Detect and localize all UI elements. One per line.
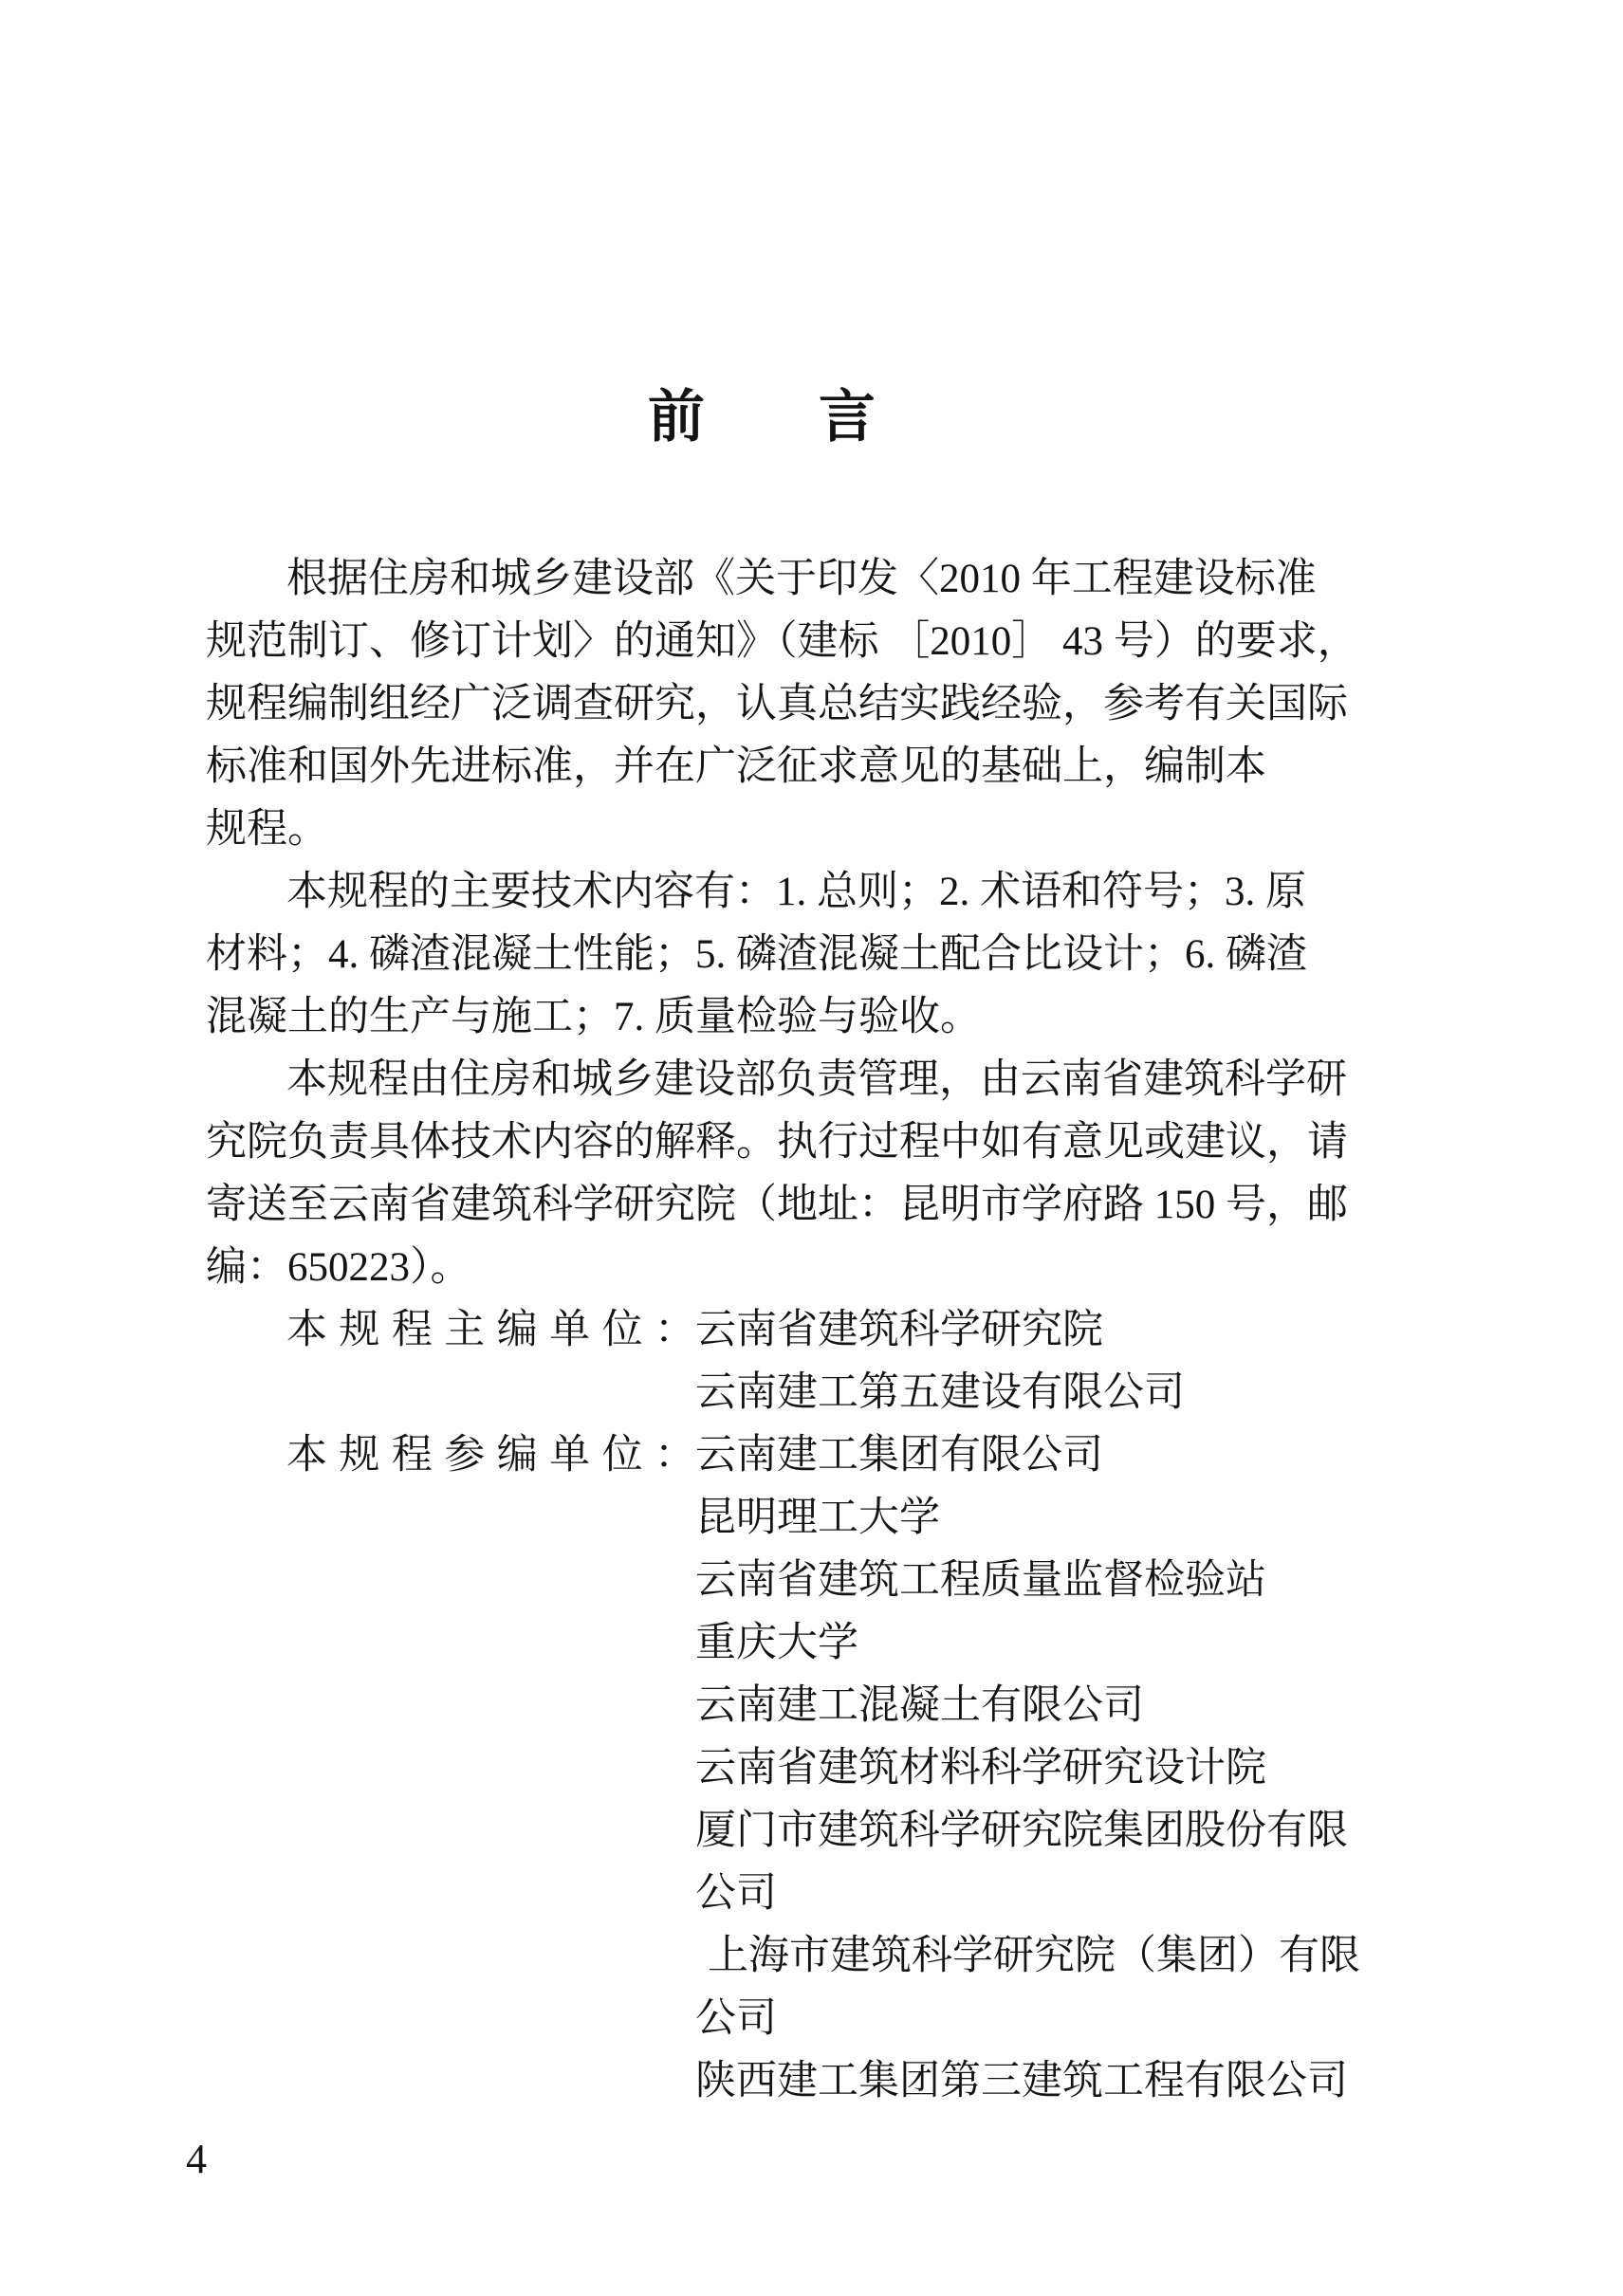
body-line: 云南省建筑工程质量监督检验站 (206, 1550, 1420, 1612)
body-line: 根据住房和城乡建设部《关于印发〈2010 年工程建设标准 (206, 548, 1420, 611)
body-lines: 根据住房和城乡建设部《关于印发〈2010 年工程建设标准规范制订、修订计划〉的通… (206, 548, 1420, 2113)
body-line: 陕西建工集团第三建筑工程有限公司 (206, 2050, 1420, 2113)
unit-label: 本规程参编单位： (286, 1424, 695, 1487)
org-name: 云南省建筑科学研究院 (695, 1308, 1103, 1352)
body-line: 混凝土的生产与施工；7. 质量检验与验收。 (206, 986, 1420, 1049)
document-page: 前 言 根据住房和城乡建设部《关于印发〈2010 年工程建设标准规范制订、修订计… (0, 0, 1623, 2296)
body-line: 规程。 (206, 799, 1420, 861)
body-line: 重庆大学 (206, 1612, 1420, 1675)
page-number: 4 (186, 2133, 207, 2186)
unit-label: 本规程主编单位： (286, 1299, 695, 1362)
body-line: 规程编制组经广泛调查研究，认真总结实践经验，参考有关国际 (206, 673, 1420, 736)
body-line: 上海市建筑科学研究院（集团）有限 (206, 1925, 1420, 1988)
body-line: 云南省建筑材料科学研究设计院 (206, 1737, 1420, 1800)
body-line: 标准和国外先进标准，并在广泛征求意见的基础上，编制本 (206, 736, 1420, 799)
body-line: 材料；4. 磷渣混凝土性能；5. 磷渣混凝土配合比设计；6. 磷渣 (206, 924, 1420, 986)
body-line: 规范制订、修订计划〉的通知》（建标 ［2010］ 43 号）的要求， (206, 611, 1420, 673)
body-line: 编：650223）。 (206, 1237, 1420, 1299)
body-line: 云南建工第五建设有限公司 (206, 1362, 1420, 1424)
body-line: 公司 (206, 1988, 1420, 2050)
body-line: 寄送至云南省建筑科学研究院（地址：昆明市学府路 150 号，邮 (206, 1174, 1420, 1237)
body-line: 云南建工混凝土有限公司 (206, 1675, 1420, 1737)
body-line: 本规程参编单位：云南建工集团有限公司 (206, 1424, 1420, 1487)
org-name: 云南建工集团有限公司 (695, 1433, 1103, 1478)
body-line: 本规程主编单位：云南省建筑科学研究院 (206, 1299, 1420, 1362)
body-line: 公司 (206, 1863, 1420, 1925)
body-line: 昆明理工大学 (206, 1487, 1420, 1550)
body-line: 厦门市建筑科学研究院集团股份有限 (206, 1800, 1420, 1863)
body-line: 本规程由住房和城乡建设部负责管理，由云南省建筑科学研 (206, 1049, 1420, 1111)
body-line: 究院负责具体技术内容的解释。执行过程中如有意见或建议，请 (206, 1111, 1420, 1174)
body-line: 本规程的主要技术内容有：1. 总则；2. 术语和符号；3. 原 (206, 861, 1420, 924)
page-title: 前 言 (648, 383, 876, 451)
